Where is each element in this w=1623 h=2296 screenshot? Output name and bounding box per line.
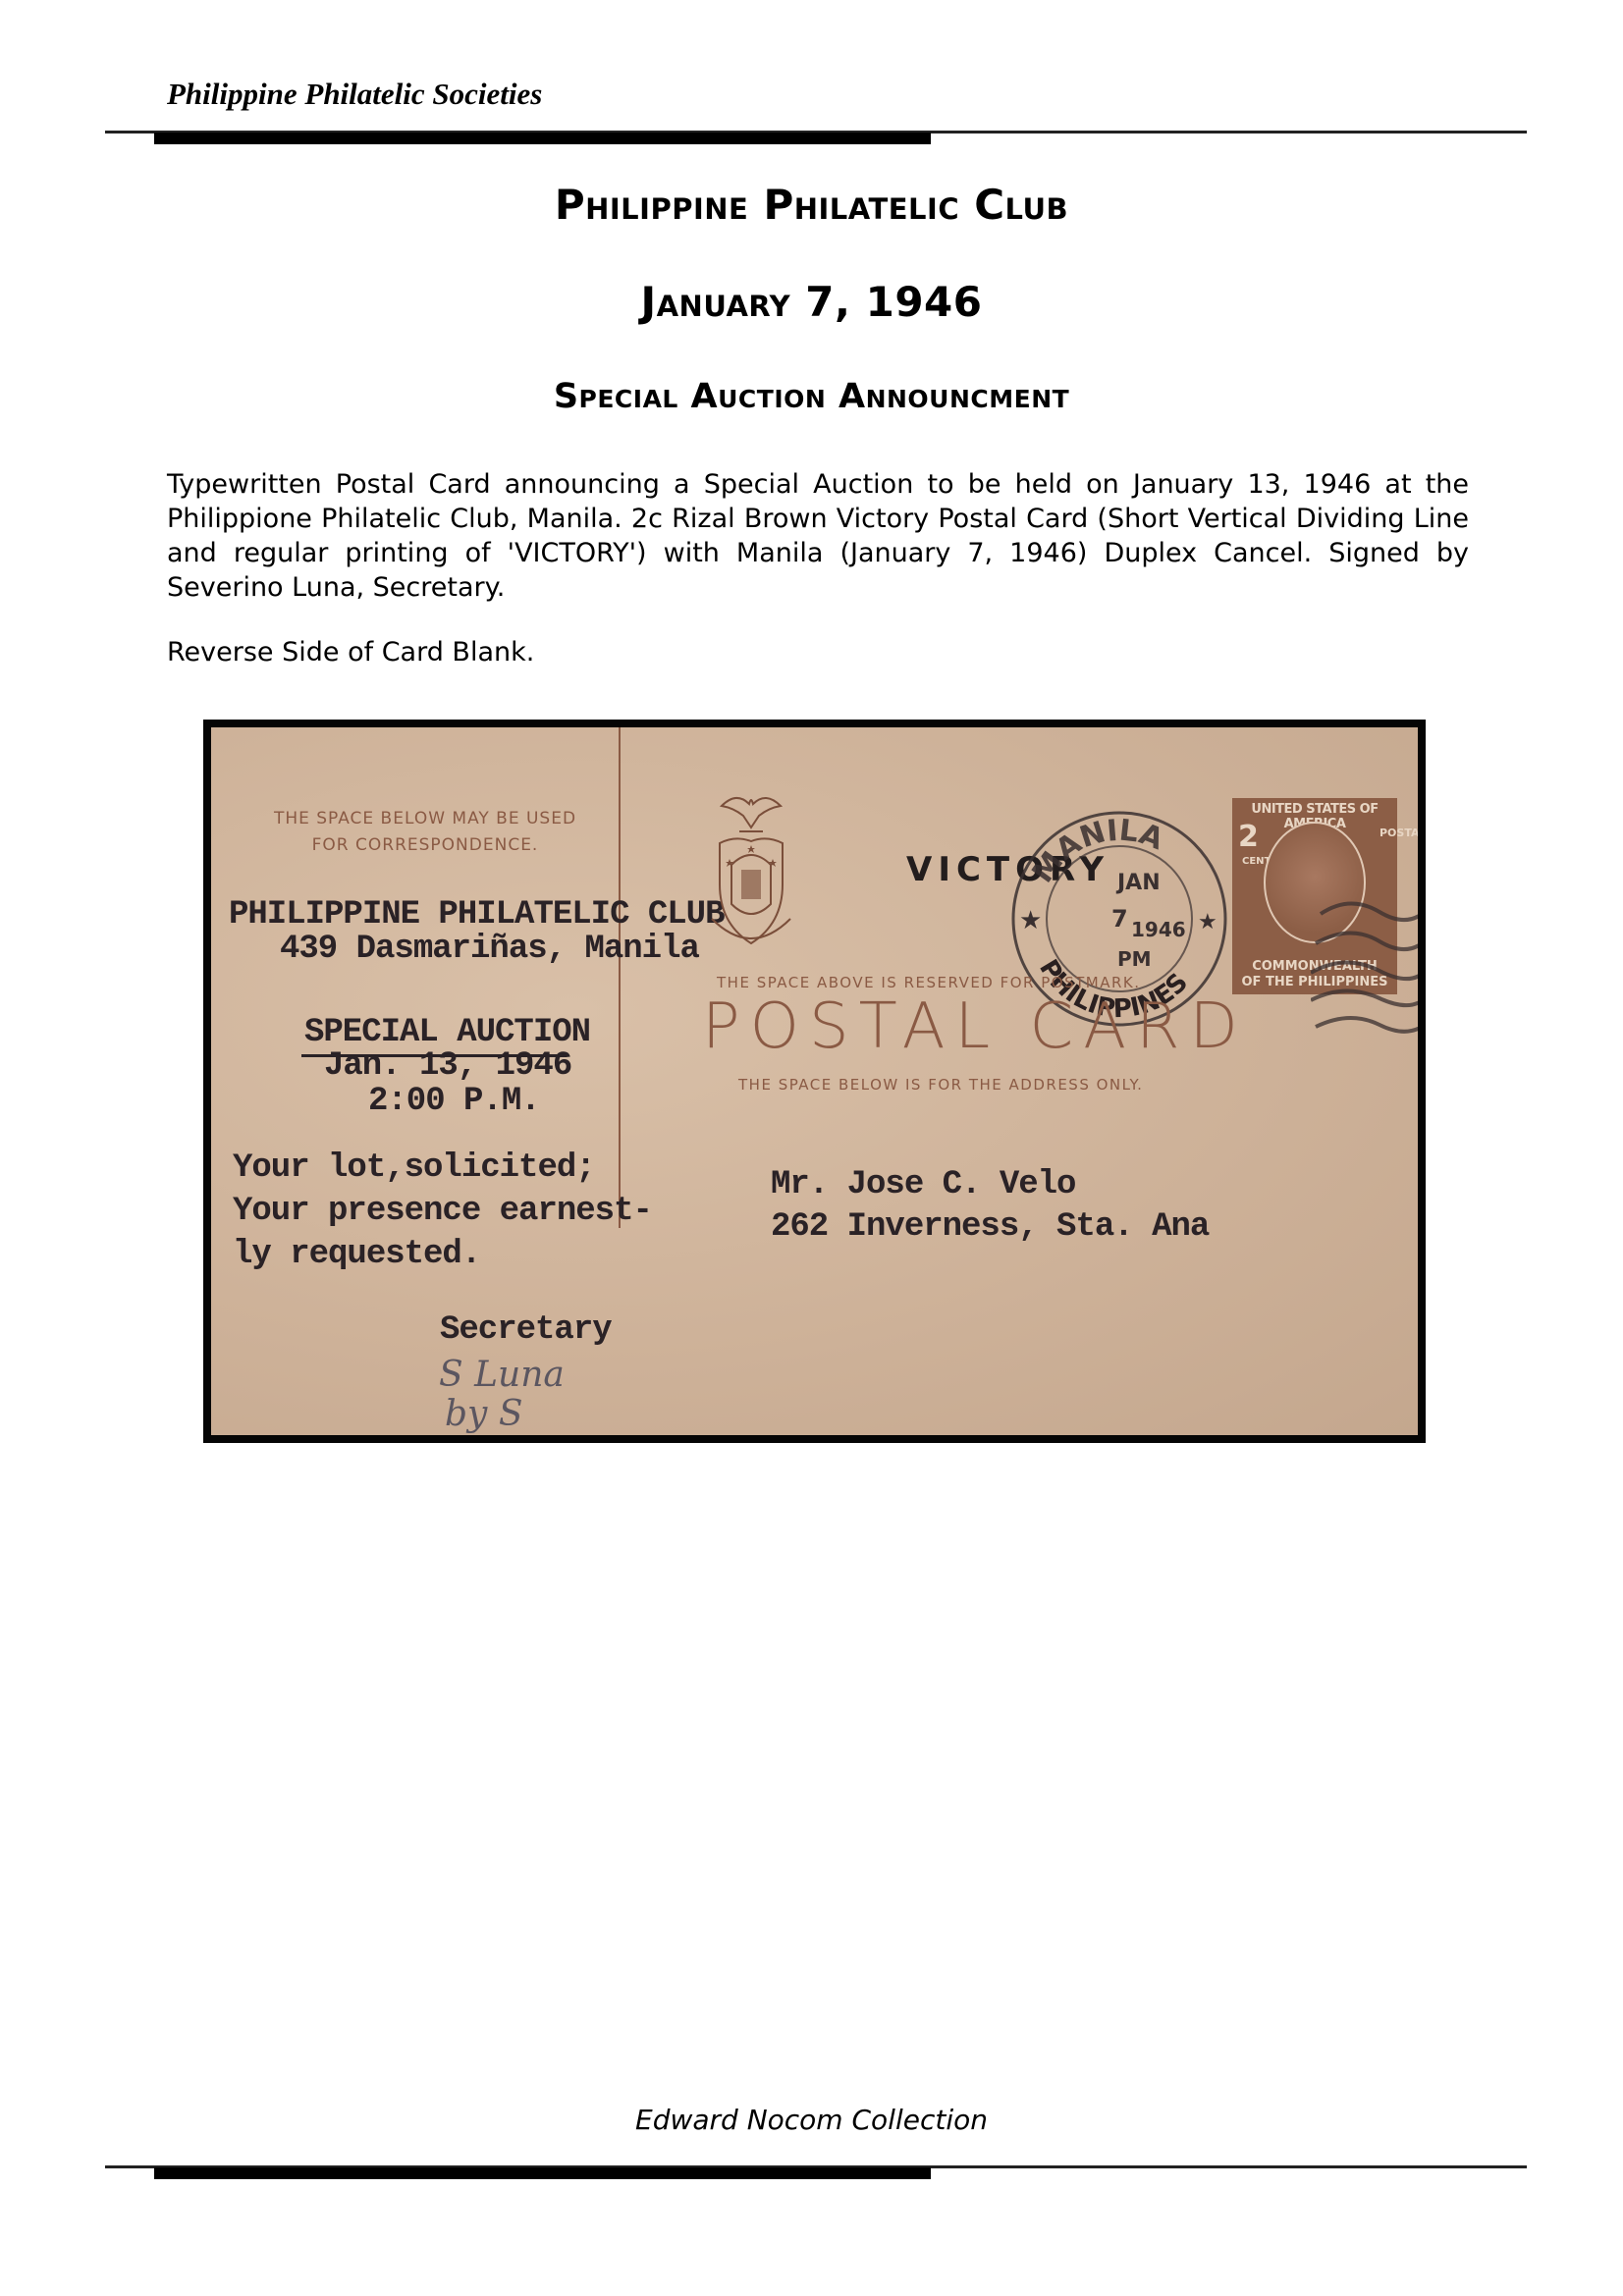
running-header: Philippine Philatelic Societies — [167, 77, 542, 112]
description-paragraph: Typewritten Postal Card announcing a Spe… — [167, 467, 1469, 605]
svg-text:★: ★ — [1019, 906, 1042, 935]
svg-text:7: 7 — [1111, 905, 1128, 933]
svg-text:★: ★ — [1198, 910, 1217, 934]
typed-line: Secretary — [440, 1311, 612, 1349]
stamp-postage: POSTAGE — [1380, 826, 1391, 841]
typed-line: PHILIPPINE PHILATELIC CLUB — [229, 896, 725, 934]
stamp-denomination: CENTAVOS — [1242, 855, 1254, 868]
signature-line: by S — [445, 1395, 565, 1434]
header-rule-thick — [154, 133, 931, 144]
page-date: January 7, 1946 — [0, 278, 1623, 326]
svg-text:PM: PM — [1117, 947, 1152, 971]
typed-line: 2:00 P.M. — [368, 1083, 540, 1120]
correspondence-label-line-1: THE SPACE BELOW MAY BE USED — [248, 806, 602, 832]
postal-card-image: THE SPACE BELOW MAY BE USED FOR CORRESPO… — [203, 720, 1426, 1443]
typed-line: ly requested. — [233, 1236, 480, 1273]
postmark-reserved-label: THE SPACE ABOVE IS RESERVED FOR POSTMARK… — [717, 974, 1141, 991]
typed-line: Your presence earnest- — [233, 1193, 652, 1230]
correspondence-label: THE SPACE BELOW MAY BE USED FOR CORRESPO… — [248, 806, 602, 859]
svg-text:JAN: JAN — [1115, 871, 1161, 895]
typed-line: Your lot,solicited; — [233, 1149, 595, 1187]
cancel-wavy-lines — [1311, 884, 1426, 1041]
handwritten-signature: S Luna by S — [439, 1356, 565, 1434]
footer-collection: Edward Nocom Collection — [0, 2104, 1623, 2136]
postal-card-title: POSTAL CARD — [702, 990, 1248, 1063]
address-line: Mr. Jose C. Velo — [771, 1166, 1075, 1203]
coat-of-arms-icon — [702, 786, 800, 963]
address-line: 262 Inverness, Sta. Ana — [771, 1208, 1209, 1246]
signature-line: S Luna — [439, 1356, 565, 1395]
page-subtitle: Special Auction Announcment — [0, 377, 1623, 416]
vertical-dividing-line — [619, 727, 621, 1228]
typed-line: 439 Dasmariñas, Manila — [280, 931, 699, 968]
svg-text:1946: 1946 — [1131, 918, 1186, 941]
address-label: THE SPACE BELOW IS FOR THE ADDRESS ONLY. — [738, 1076, 1143, 1094]
stamp-value: 2 — [1238, 820, 1259, 854]
reverse-note: Reverse Side of Card Blank. — [167, 635, 534, 669]
footer-rule-thick — [154, 2167, 931, 2179]
page-title: Philippine Philatelic Club — [0, 181, 1623, 229]
typed-line: Jan. 13, 1946 — [324, 1047, 571, 1085]
typed-line: SPECIAL AUCTION — [304, 1014, 590, 1051]
correspondence-label-line-2: FOR CORRESPONDENCE. — [248, 832, 602, 859]
